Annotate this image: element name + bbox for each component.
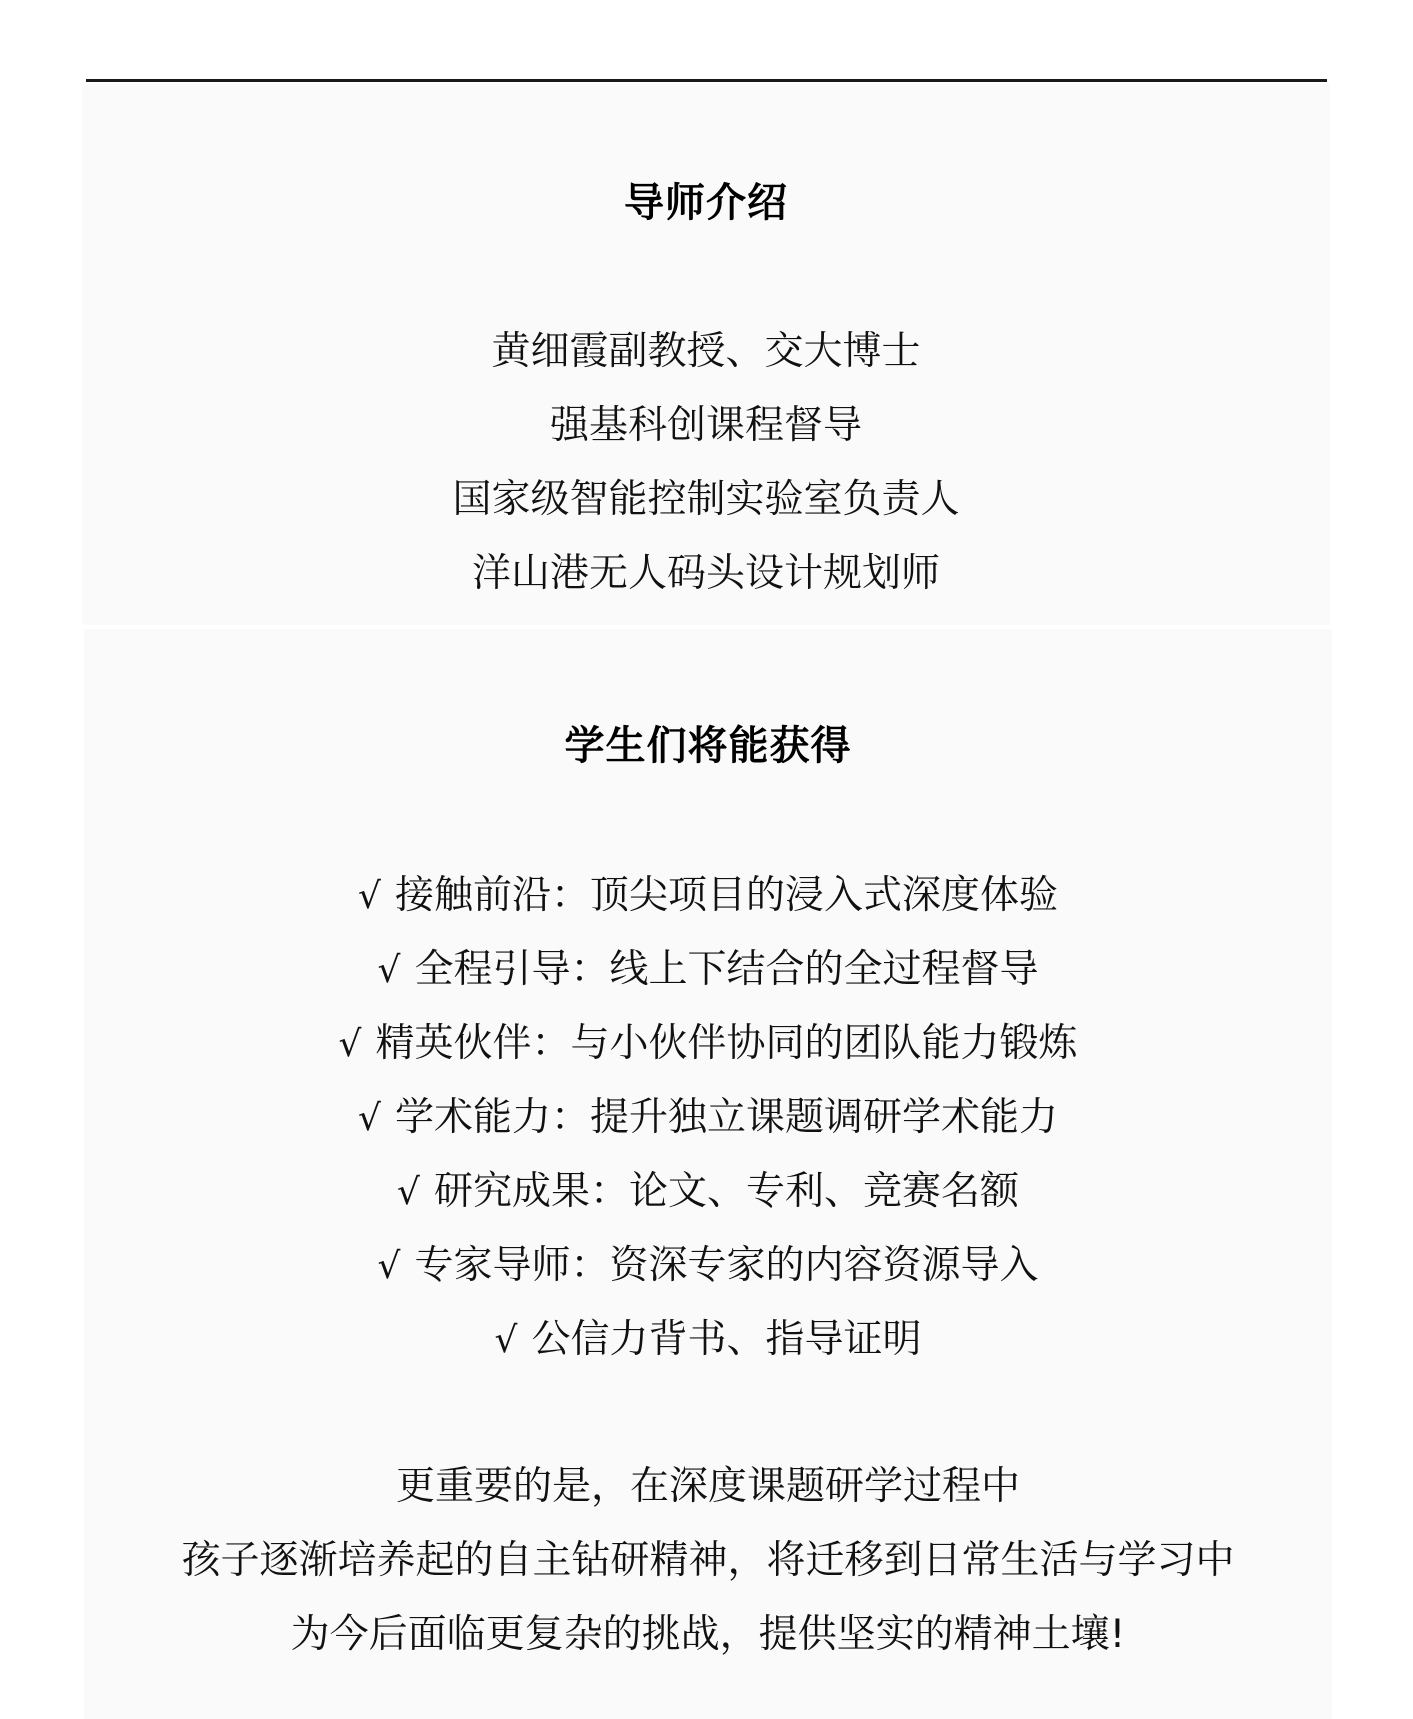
closing-line: 更重要的是，在深度课题研学过程中 (84, 1463, 1332, 1511)
benefit-text: 公信力背书、指导证明 (531, 1317, 921, 1362)
mentor-line: 黄细霞副教授、交大博士 (82, 328, 1330, 376)
benefit-text: 专家导师：资深专家的内容资源导入 (414, 1243, 1038, 1288)
benefit-text: 研究成果：论文、专利、竞赛名额 (434, 1169, 1019, 1214)
mentor-intro-panel: 导师介绍 黄细霞副教授、交大博士 强基科创课程督导 国家级智能控制实验室负责人 … (82, 84, 1330, 625)
benefit-item: √精英伙伴：与小伙伴协同的团队能力锻炼 (84, 1020, 1332, 1069)
mentor-intro-title: 导师介绍 (82, 179, 1330, 227)
benefit-text: 接触前沿：顶尖项目的浸入式深度体验 (395, 873, 1058, 918)
benefit-item: √接触前沿：顶尖项目的浸入式深度体验 (84, 872, 1332, 921)
benefit-item: √公信力背书、指导证明 (84, 1316, 1332, 1365)
checkmark-icon: √ (358, 1095, 381, 1143)
checkmark-icon: √ (378, 1243, 401, 1291)
checkmark-icon: √ (358, 873, 381, 921)
benefit-item: √学术能力：提升独立课题调研学术能力 (84, 1094, 1332, 1143)
benefit-text: 学术能力：提升独立课题调研学术能力 (395, 1095, 1058, 1140)
benefit-text: 精英伙伴：与小伙伴协同的团队能力锻炼 (375, 1021, 1077, 1066)
benefit-item: √研究成果：论文、专利、竞赛名额 (84, 1168, 1332, 1217)
checkmark-icon: √ (397, 1169, 420, 1217)
student-benefits-title: 学生们将能获得 (84, 722, 1332, 770)
top-divider (86, 79, 1327, 82)
checkmark-icon: √ (378, 947, 401, 995)
mentor-line: 国家级智能控制实验室负责人 (82, 476, 1330, 524)
closing-line: 孩子逐渐培养起的自主钻研精神，将迁移到日常生活与学习中 (84, 1537, 1332, 1585)
mentor-line: 强基科创课程督导 (82, 402, 1330, 450)
checkmark-icon: √ (339, 1021, 362, 1069)
checkmark-icon: √ (495, 1317, 518, 1365)
benefit-text: 全程引导：线上下结合的全过程督导 (414, 947, 1038, 992)
closing-line: 为今后面临更复杂的挑战，提供坚实的精神土壤! (84, 1611, 1332, 1659)
student-benefits-panel: 学生们将能获得 √接触前沿：顶尖项目的浸入式深度体验 √全程引导：线上下结合的全… (84, 629, 1332, 1719)
benefit-item: √全程引导：线上下结合的全过程督导 (84, 946, 1332, 995)
mentor-line: 洋山港无人码头设计规划师 (82, 550, 1330, 598)
benefit-item: √专家导师：资深专家的内容资源导入 (84, 1242, 1332, 1291)
